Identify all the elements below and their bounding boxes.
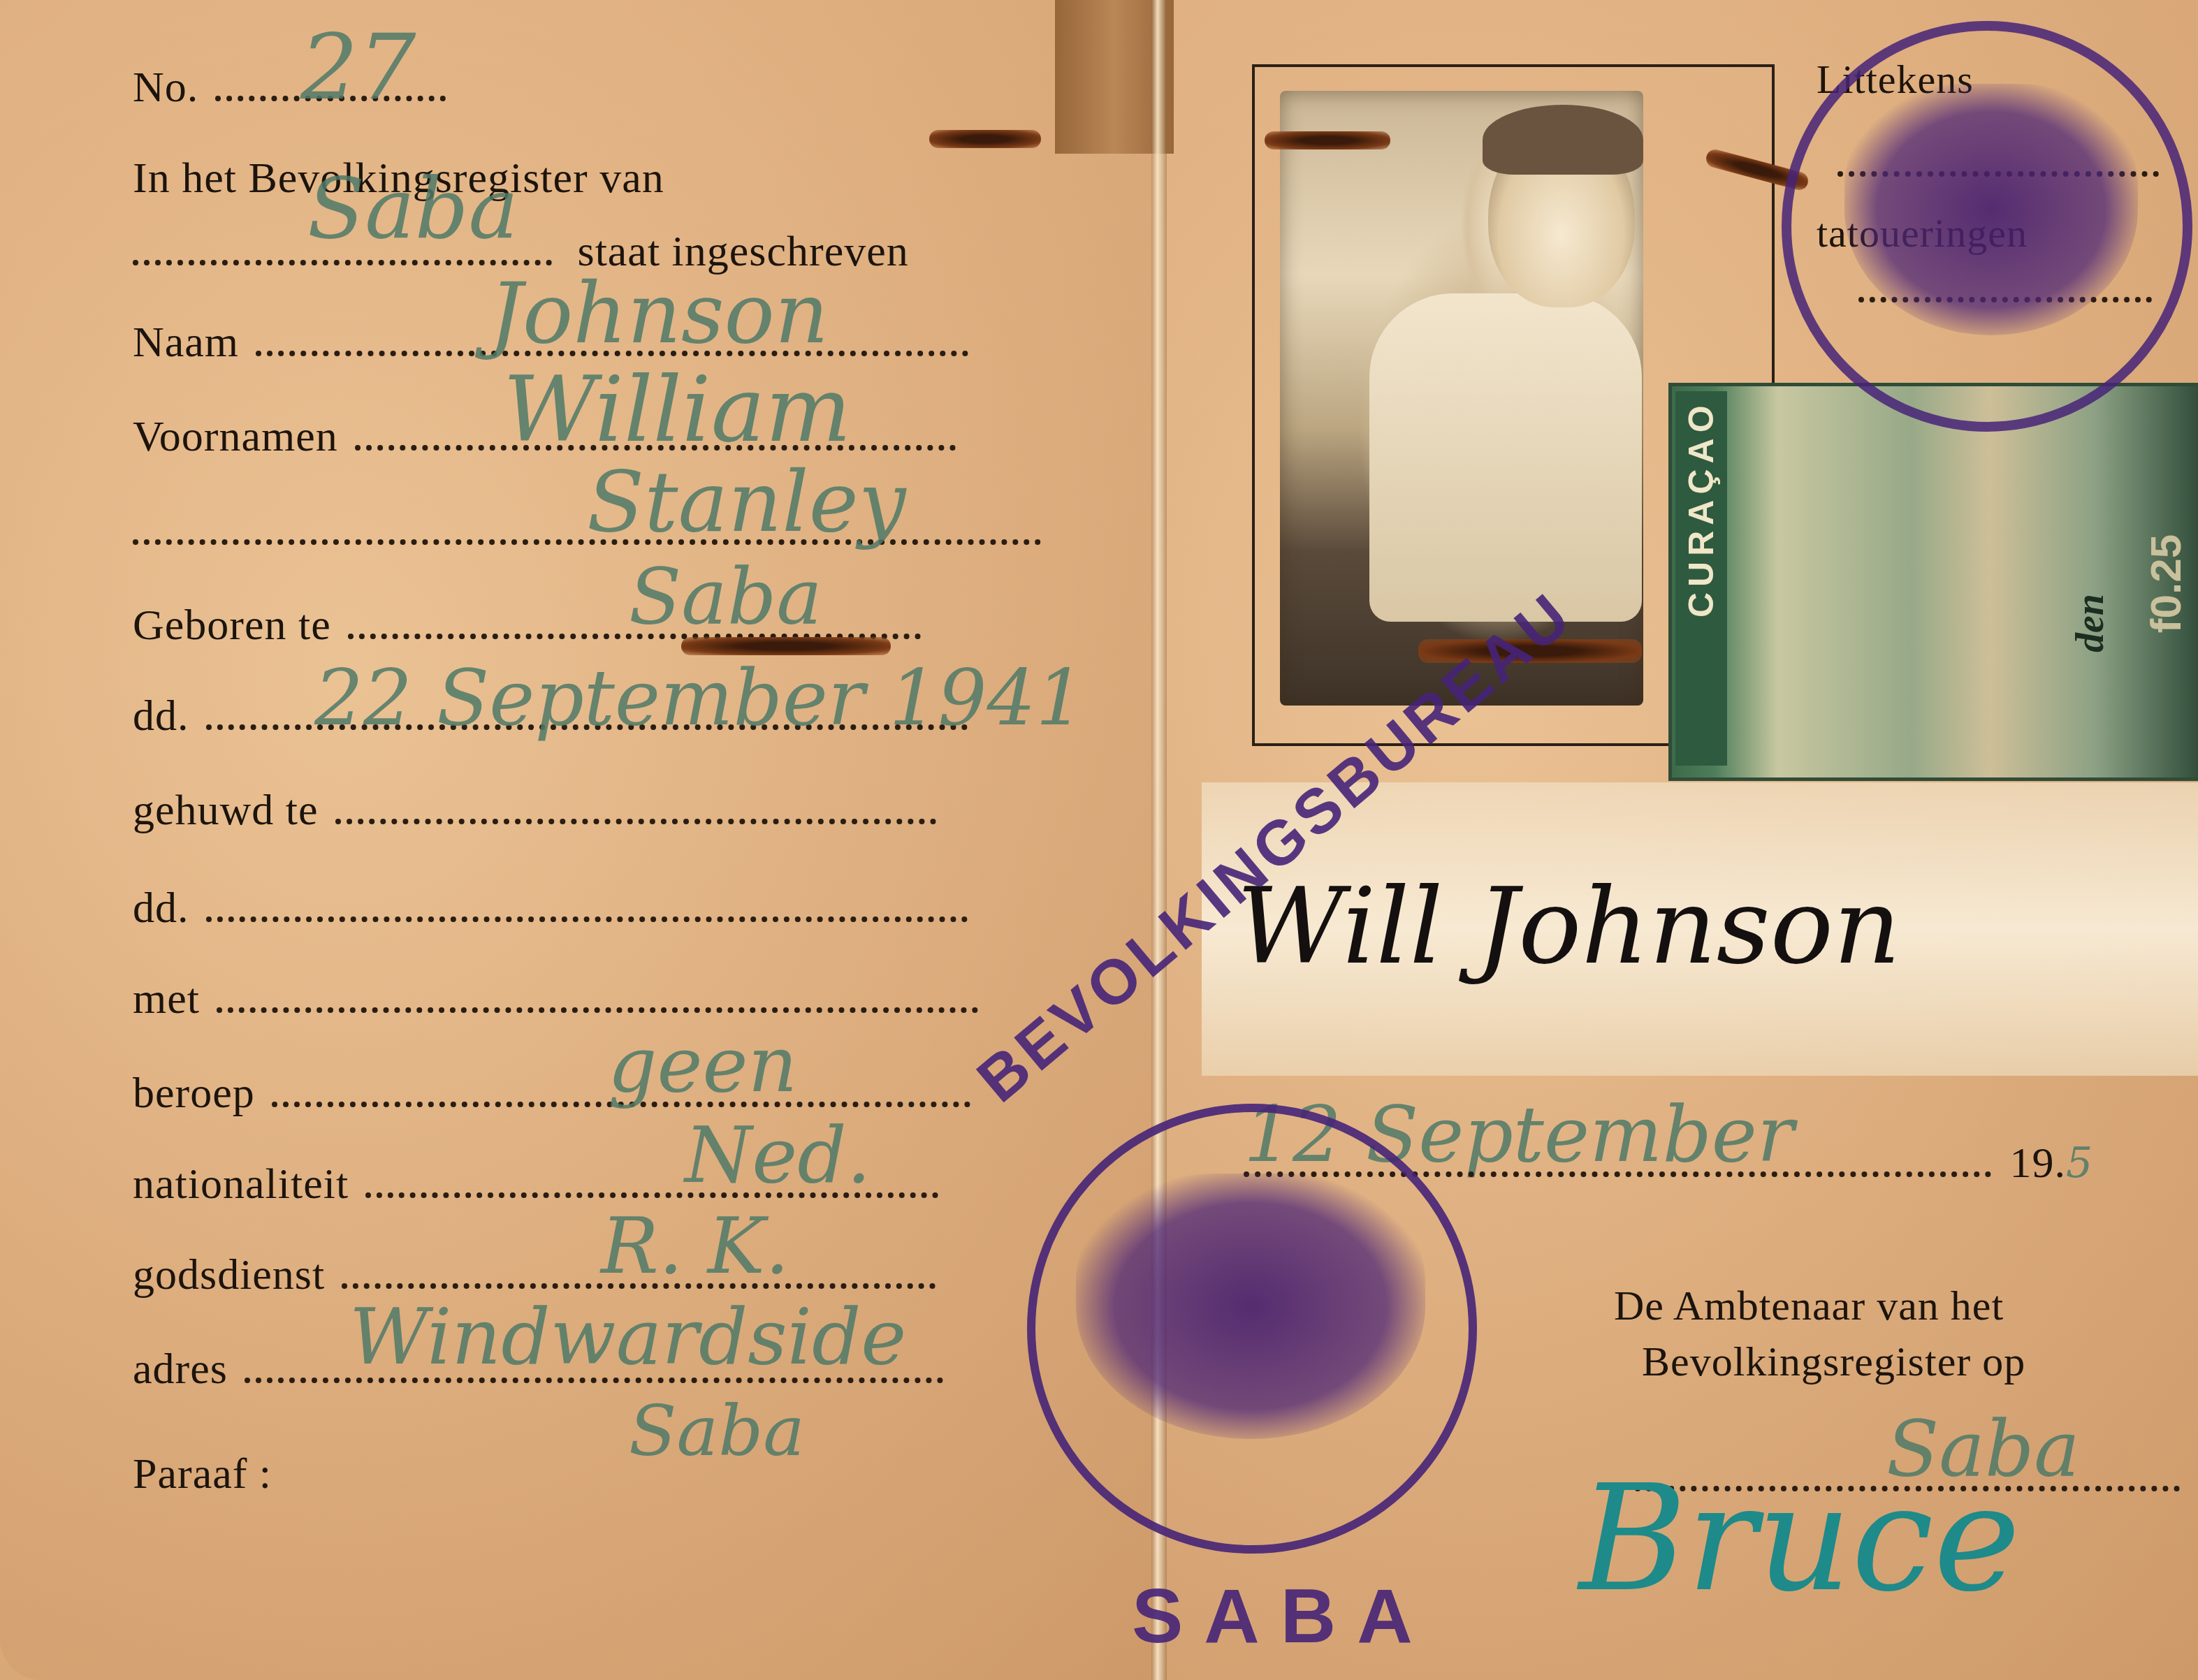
register-place-value: Saba: [307, 161, 518, 258]
photo-shirt: [1369, 293, 1642, 622]
naam-value: Johnson: [489, 265, 829, 363]
seal-crown-top-right: [1844, 84, 2138, 335]
revenue-stamp-value: f0.25: [2141, 534, 2191, 633]
voornamen-value-1: William: [503, 356, 851, 462]
field-met: met: [133, 974, 978, 1024]
godsdienst-value: R. K.: [601, 1201, 789, 1291]
geboren-te-value: Saba: [629, 552, 822, 641]
voornamen-value-2: Stanley: [587, 454, 905, 551]
nationaliteit-value: Ned.: [685, 1111, 871, 1200]
adres-value-1: Windwardside: [349, 1292, 906, 1382]
field-number-value: 27: [300, 14, 416, 120]
seal-text-bottom: SABA: [1132, 1572, 1434, 1660]
field-label: No.: [133, 64, 198, 111]
official-signature: Bruce: [1579, 1453, 2021, 1624]
holder-signature: Will Johnson: [1237, 866, 1901, 988]
official-label-line2: Bevolkingsregister op: [1642, 1338, 2025, 1386]
official-label-line1: De Ambtenaar van het: [1614, 1282, 2004, 1330]
staple-rust-left: [929, 130, 1041, 148]
seal-bottom-crown: [1076, 1174, 1425, 1439]
adres-value-2: Saba: [629, 1390, 805, 1472]
photo-hair: [1483, 105, 1643, 175]
beroep-value: geen: [608, 1020, 797, 1109]
field-marriage-date: dd.: [133, 884, 968, 933]
birth-date-value: 22 September 1941: [314, 653, 1084, 743]
field-paraaf: Paraaf :: [133, 1449, 272, 1499]
staple-rust-top-left: [1265, 131, 1390, 149]
revenue-stamp-country: CURAÇAO: [1681, 541, 1722, 618]
revenue-stamp-overprint: den: [2068, 594, 2113, 652]
revenue-stamp: [1668, 383, 2198, 781]
field-gehuwd-te: gehuwd te: [133, 786, 936, 835]
